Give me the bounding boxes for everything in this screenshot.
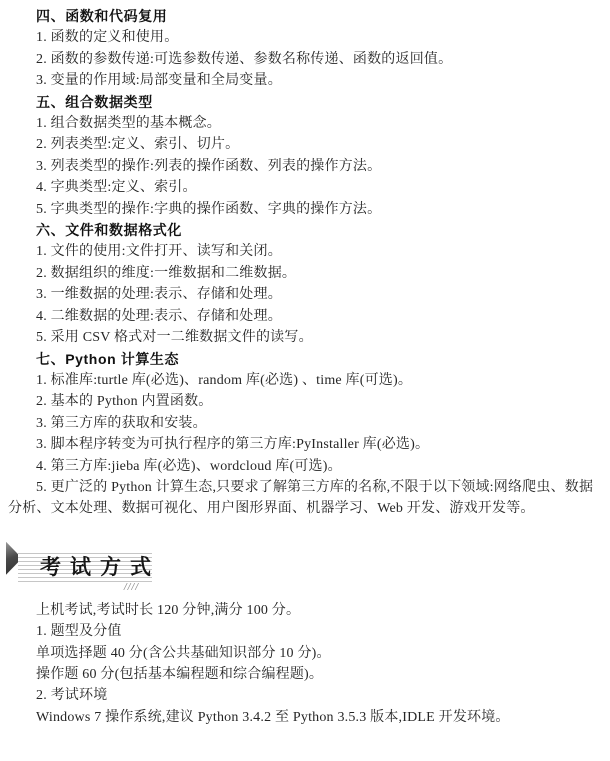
syllabus-section-heading: 四、函数和代码复用 [8,6,598,27]
syllabus-item: 4. 字典类型:定义、索引。 [8,177,598,198]
page-content: 四、函数和代码复用 1. 函数的定义和使用。 2. 函数的参数传递:可选参数传递… [0,0,610,728]
syllabus-item: 1. 函数的定义和使用。 [8,27,598,48]
exam-paragraph: 1. 题型及分值 [8,621,598,642]
syllabus-section-heading: 七、Python 计算生态 [8,349,598,370]
syllabus-item: 1. 组合数据类型的基本概念。 [8,113,598,134]
syllabus-item: 3. 变量的作用域:局部变量和全局变量。 [8,70,598,91]
exam-paragraph: 单项选择题 40 分(含公共基础知识部分 10 分)。 [8,643,598,664]
exam-paragraph: 2. 考试环境 [8,685,598,706]
syllabus-item: 3. 一维数据的处理:表示、存储和处理。 [8,284,598,305]
syllabus-item: 1. 文件的使用:文件打开、读写和关闭。 [8,241,598,262]
syllabus-item: 2. 函数的参数传递:可选参数传递、参数名称传递、函数的返回值。 [8,49,598,70]
banner-title: 考试方式 [40,551,160,581]
syllabus-item: 2. 基本的 Python 内置函数。 [8,391,598,412]
syllabus-item: 5. 字典类型的操作:字典的操作函数、字典的操作方法。 [8,199,598,220]
syllabus-item: 3. 脚本程序转变为可执行程序的第三方库:PyInstaller 库(必选)。 [8,434,598,455]
syllabus-item: 2. 列表类型:定义、索引、切片。 [8,134,598,155]
syllabus-item: 4. 二维数据的处理:表示、存储和处理。 [8,306,598,327]
syllabus-item: 2. 数据组织的维度:一维数据和二维数据。 [8,263,598,284]
syllabus-item: 1. 标准库:turtle 库(必选)、random 库(必选) 、time 库… [8,370,598,391]
syllabus-item: 5. 更广泛的 Python 计算生态,只要求了解第三方库的名称,不限于以下领域… [8,477,598,520]
syllabus-item: 4. 第三方库:jieba 库(必选)、wordcloud 库(可选)。 [8,456,598,477]
syllabus-item: 3. 列表类型的操作:列表的操作函数、列表的操作方法。 [8,156,598,177]
exam-paragraph: Windows 7 操作系统,建议 Python 3.4.2 至 Python … [8,707,598,728]
exam-paragraph: 操作题 60 分(包括基本编程题和综合编程题)。 [8,664,598,685]
syllabus-item: 3. 第三方库的获取和安装。 [8,413,598,434]
exam-paragraph: 上机考试,考试时长 120 分钟,满分 100 分。 [8,600,598,621]
syllabus-section-heading: 六、文件和数据格式化 [8,220,598,241]
syllabus-item: 5. 采用 CSV 格式对一二维数据文件的读写。 [8,327,598,348]
syllabus-section-heading: 五、组合数据类型 [8,92,598,113]
hatch-marks-icon: //// [124,582,139,593]
exam-method-banner: 考试方式 //// [6,540,598,588]
